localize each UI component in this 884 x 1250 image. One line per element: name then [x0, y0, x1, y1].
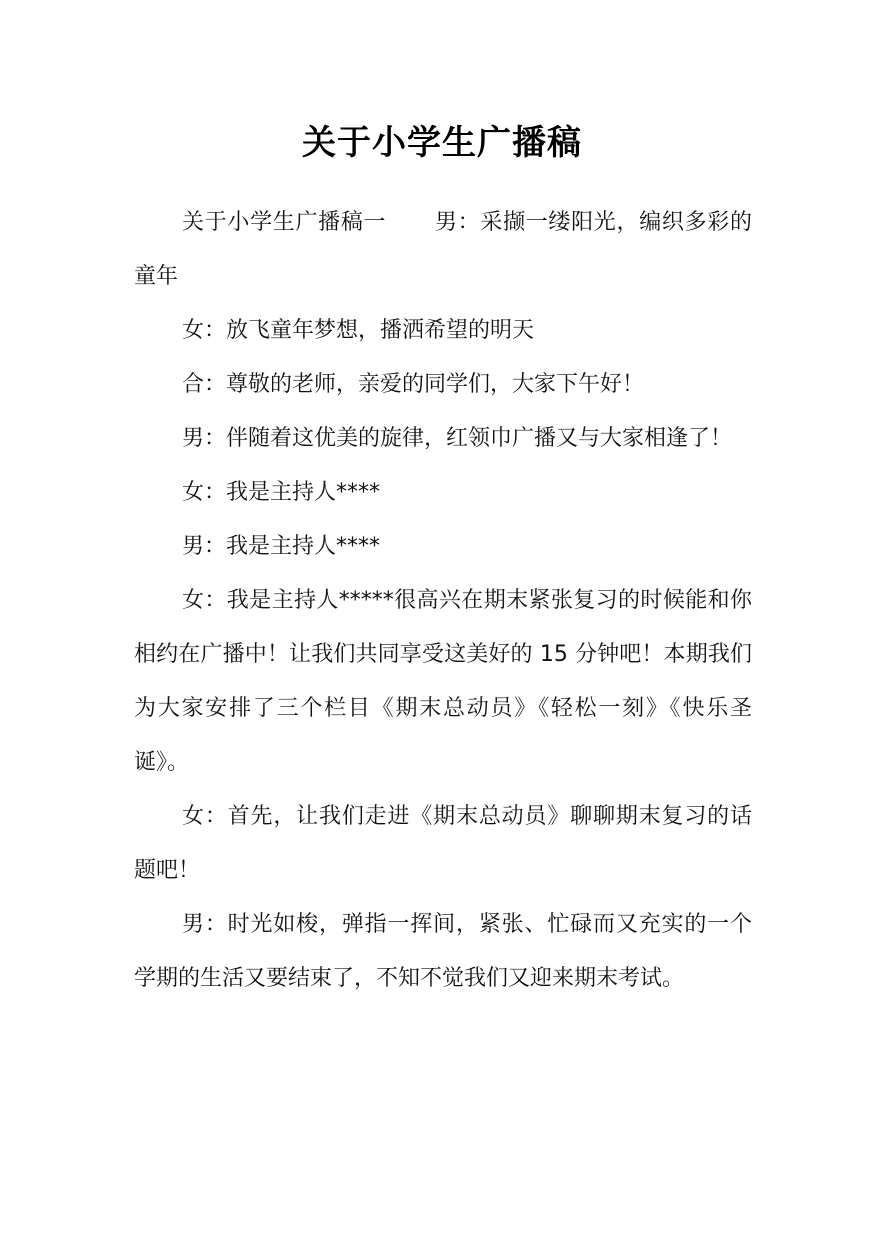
document-page: 关于小学生广播稿 关于小学生广播稿一男：采撷一缕阳光，编织多彩的童年 女：放飞童…: [0, 0, 884, 1250]
paragraph: 合：尊敬的老师，亲爱的同学们，大家下午好！: [134, 358, 752, 412]
paragraph-intro: 关于小学生广播稿一男：采撷一缕阳光，编织多彩的童年: [134, 196, 752, 304]
document-body: 关于小学生广播稿一男：采撷一缕阳光，编织多彩的童年 女：放飞童年梦想，播洒希望的…: [134, 196, 752, 1006]
section-heading: 关于小学生广播稿一: [182, 210, 386, 235]
paragraph: 女：我是主持人****: [134, 466, 752, 520]
paragraph: 男：我是主持人****: [134, 520, 752, 574]
paragraph: 女：首先，让我们走进《期末总动员》聊聊期末复习的话题吧！: [134, 790, 752, 898]
paragraph: 女：放飞童年梦想，播洒希望的明天: [134, 304, 752, 358]
paragraph: 男：伴随着这优美的旋律，红领巾广播又与大家相逢了！: [134, 412, 752, 466]
paragraph: 男：时光如梭，弹指一挥间，紧张、忙碌而又充实的一个学期的生活又要结束了，不知不觉…: [134, 898, 752, 1006]
document-title: 关于小学生广播稿: [0, 118, 884, 168]
paragraph: 女：我是主持人*****很高兴在期末紧张复习的时候能和你相约在广播中！让我们共同…: [134, 574, 752, 790]
